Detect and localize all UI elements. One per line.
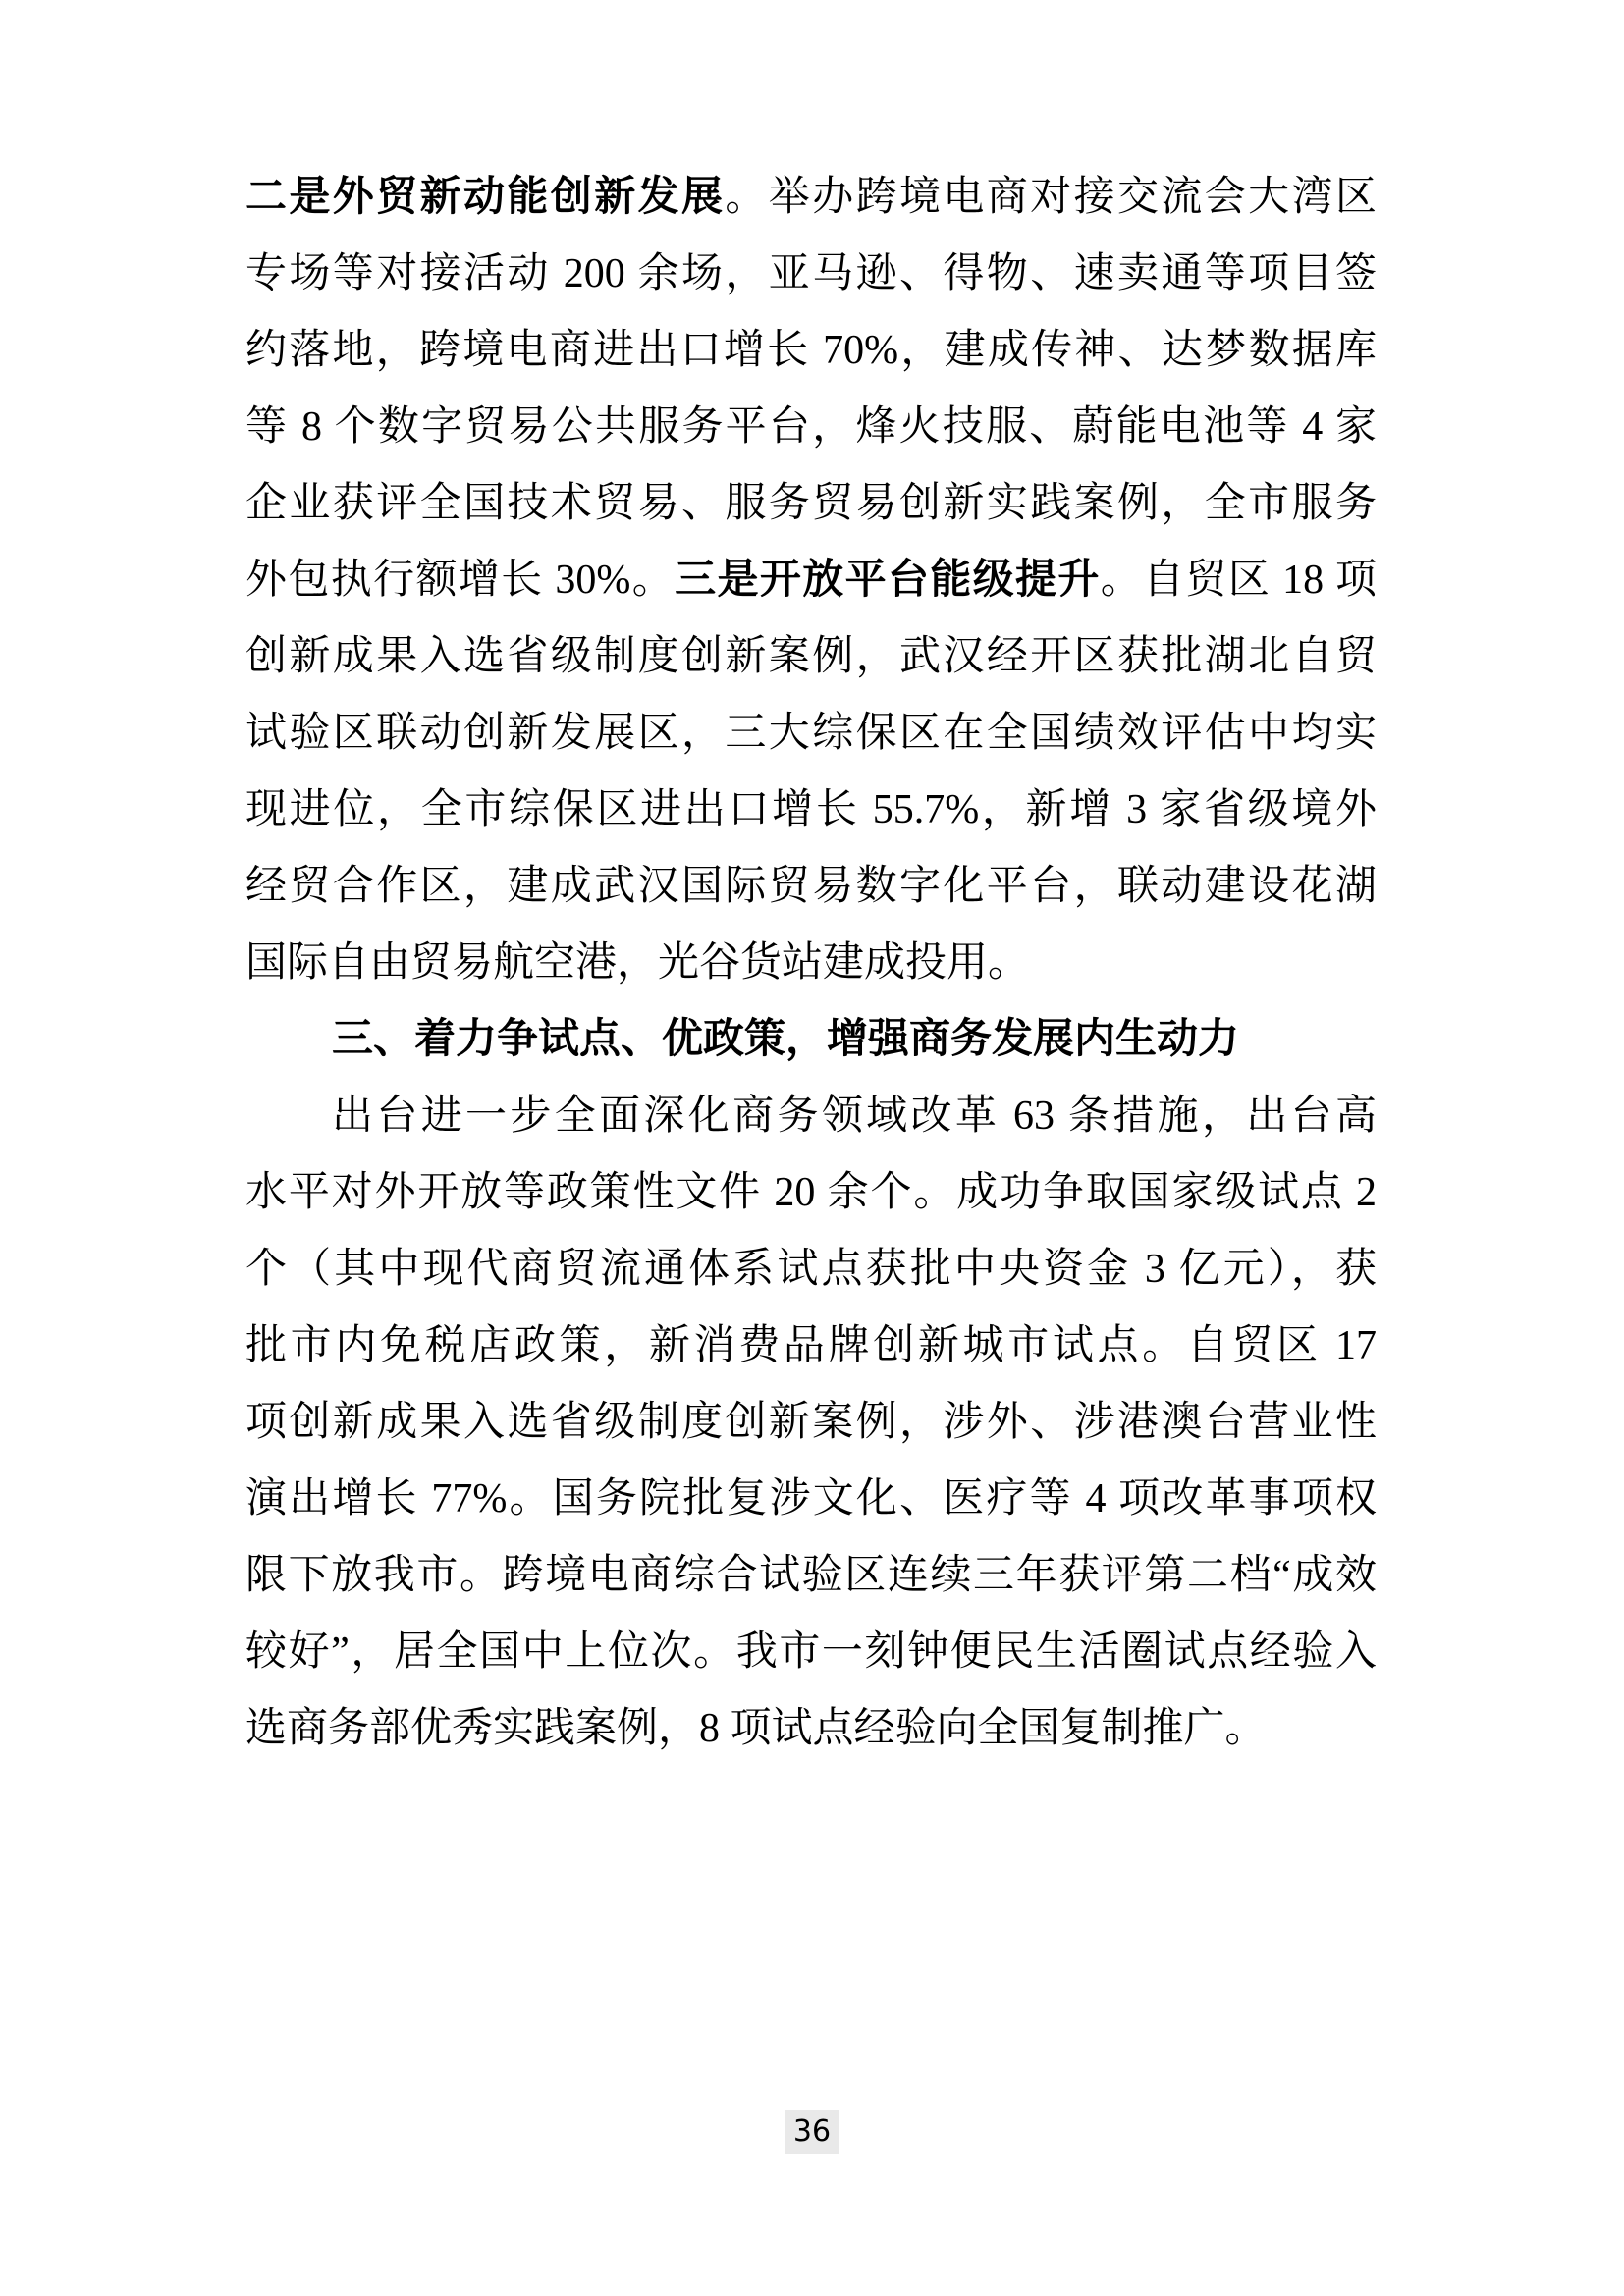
document-body: 二是外贸新动能创新发展。举办跨境电商对接交流会大湾区专场等对接活动 200 余场… (245, 159, 1377, 1767)
text-line: 试验区联动创新发展区，三大综保区在全国绩效评估中均实 (245, 695, 1377, 772)
bold-text-segment: 三、着力争试点、优政策，增强商务发展内生动力 (332, 1017, 1239, 1062)
text-line: 经贸合作区，建成武汉国际贸易数字化平台，联动建设花湖 (245, 848, 1377, 925)
text-segment: 国际自由贸易航空港，光谷货站建成投用。 (245, 940, 1029, 986)
text-line: 选商务部优秀实践案例，8 项试点经验向全国复制推广。 (245, 1690, 1377, 1767)
text-segment: 。举办跨境电商对接交流会大湾区 (725, 175, 1377, 220)
text-segment: 出台进一步全面深化商务领域改革 63 条措施，出台高 (332, 1094, 1377, 1139)
text-line: 出台进一步全面深化商务领域改革 63 条措施，出台高 (245, 1078, 1377, 1154)
text-line: 限下放我市。跨境电商综合试验区连续三年获评第二档“成效 (245, 1537, 1377, 1614)
text-line: 个（其中现代商贸流通体系试点获批中央资金 3 亿元），获 (245, 1231, 1377, 1308)
text-segment: 等 8 个数字贸易公共服务平台，烽火技服、蔚能电池等 4 家 (245, 404, 1377, 450)
text-segment: 项创新成果入选省级制度创新案例，涉外、涉港澳台营业性 (245, 1400, 1377, 1445)
text-segment: 个（其中现代商贸流通体系试点获批中央资金 3 亿元），获 (245, 1247, 1377, 1292)
text-segment: 演出增长 77%。国务院批复涉文化、医疗等 4 项改革事项权 (245, 1476, 1377, 1522)
text-segment: 企业获评全国技术贸易、服务贸易创新实践案例，全市服务 (245, 481, 1377, 526)
text-line: 三、着力争试点、优政策，增强商务发展内生动力 (245, 1001, 1377, 1078)
text-line: 专场等对接活动 200 余场，亚马逊、得物、速卖通等项目签 (245, 236, 1377, 312)
bold-text-segment: 二是外贸新动能创新发展 (245, 175, 725, 220)
text-segment: 约落地，跨境电商进出口增长 70%，建成传神、达梦数据库 (245, 328, 1377, 373)
text-segment: 。自贸区 18 项 (1101, 558, 1377, 603)
text-segment: 批市内免税店政策，新消费品牌创新城市试点。自贸区 17 (245, 1323, 1377, 1368)
text-segment: 试验区联动创新发展区，三大综保区在全国绩效评估中均实 (245, 711, 1377, 756)
document-page: 二是外贸新动能创新发展。举办跨境电商对接交流会大湾区专场等对接活动 200 余场… (0, 0, 1624, 2296)
text-line: 创新成果入选省级制度创新案例，武汉经开区获批湖北自贸 (245, 618, 1377, 695)
text-line: 二是外贸新动能创新发展。举办跨境电商对接交流会大湾区 (245, 159, 1377, 236)
bold-text-segment: 三是开放平台能级提升 (675, 558, 1101, 603)
text-line: 国际自由贸易航空港，光谷货站建成投用。 (245, 925, 1377, 1001)
text-line: 等 8 个数字贸易公共服务平台，烽火技服、蔚能电池等 4 家 (245, 389, 1377, 465)
text-segment: 创新成果入选省级制度创新案例，武汉经开区获批湖北自贸 (245, 634, 1377, 679)
page-footer: 36 (0, 2110, 1624, 2154)
text-segment: 较好”，居全国中上位次。我市一刻钟便民生活圈试点经验入 (245, 1629, 1377, 1675)
text-line: 现进位，全市综保区进出口增长 55.7%，新增 3 家省级境外 (245, 772, 1377, 848)
text-line: 外包执行额增长 30%。三是开放平台能级提升。自贸区 18 项 (245, 542, 1377, 618)
text-line: 项创新成果入选省级制度创新案例，涉外、涉港澳台营业性 (245, 1384, 1377, 1461)
text-segment: 经贸合作区，建成武汉国际贸易数字化平台，联动建设花湖 (245, 864, 1377, 909)
text-line: 水平对外开放等政策性文件 20 余个。成功争取国家级试点 2 (245, 1154, 1377, 1231)
text-line: 约落地，跨境电商进出口增长 70%，建成传神、达梦数据库 (245, 312, 1377, 389)
text-segment: 限下放我市。跨境电商综合试验区连续三年获评第二档“成效 (245, 1553, 1377, 1598)
text-line: 企业获评全国技术贸易、服务贸易创新实践案例，全市服务 (245, 465, 1377, 542)
text-line: 较好”，居全国中上位次。我市一刻钟便民生活圈试点经验入 (245, 1614, 1377, 1690)
text-segment: 现进位，全市综保区进出口增长 55.7%，新增 3 家省级境外 (245, 787, 1377, 832)
text-line: 演出增长 77%。国务院批复涉文化、医疗等 4 项改革事项权 (245, 1461, 1377, 1537)
text-line: 批市内免税店政策，新消费品牌创新城市试点。自贸区 17 (245, 1308, 1377, 1384)
text-segment: 外包执行额增长 30%。 (245, 558, 675, 603)
text-segment: 水平对外开放等政策性文件 20 余个。成功争取国家级试点 2 (245, 1170, 1377, 1215)
text-segment: 选商务部优秀实践案例，8 项试点经验向全国复制推广。 (245, 1706, 1267, 1751)
page-number: 36 (785, 2110, 839, 2154)
text-segment: 专场等对接活动 200 余场，亚马逊、得物、速卖通等项目签 (245, 251, 1377, 296)
